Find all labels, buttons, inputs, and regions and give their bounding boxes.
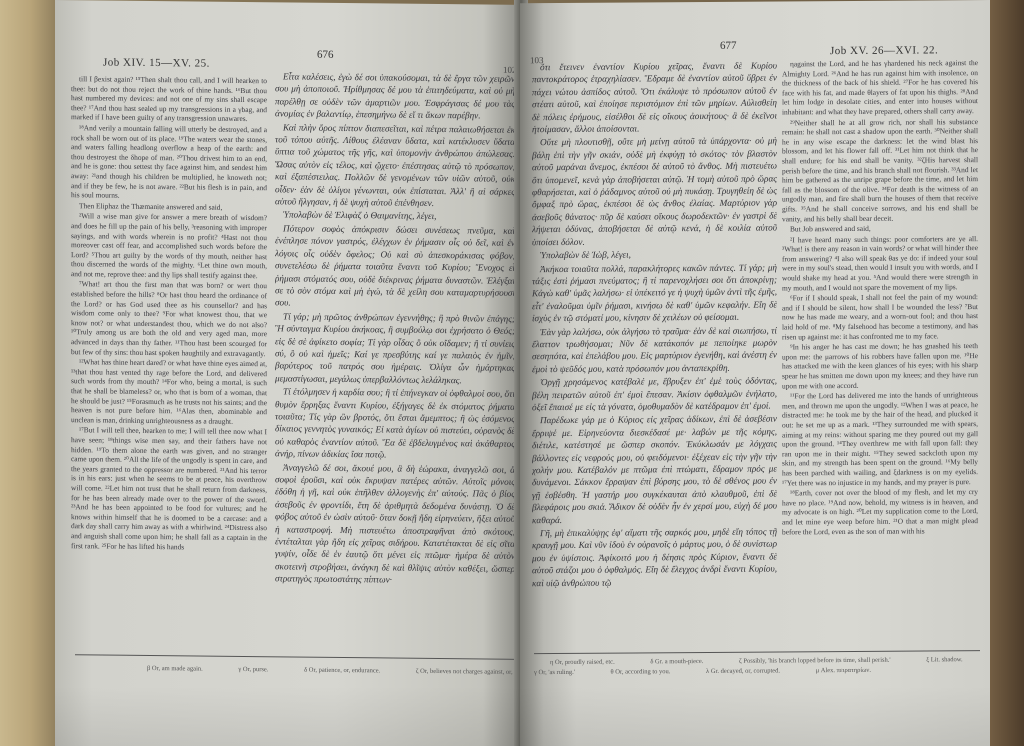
paragraph: Then Eliphaz the Thæmanite answered and … bbox=[71, 201, 267, 213]
paragraph: ¹⁸Earth, cover not over the blood of my … bbox=[782, 487, 978, 536]
paragraph: Πότερον σοφὸς ἀπόκρισιν δώσει συνέσεως π… bbox=[275, 222, 515, 311]
footnote: η Or, proudly raised, etc. bbox=[550, 659, 615, 666]
paragraph: ¹⁸And verily a mountain falling will utt… bbox=[71, 123, 267, 202]
footnote: γ Or, purse. bbox=[238, 666, 268, 673]
paragraph: Ἀναγγελῶ δέ σοι, ἄκουέ μου, ἃ δὴ ἑώρακα,… bbox=[275, 461, 515, 588]
paragraph: ηagainst the Lord, and he has γhardened … bbox=[782, 58, 978, 117]
paragraph: ⁹In his anger he has cast me down; he ha… bbox=[782, 341, 978, 390]
right-greek-column: ὅτι ἔτεινεν ἐναντίον Κυρίου χεῖρας, ἔναν… bbox=[532, 59, 777, 647]
paragraph: Ἐὰν γὰρ λαλήσω, οὐκ ἀλγήσω τὸ τραῦμα· ἐὰ… bbox=[532, 324, 777, 375]
paragraph: ⁶For if I should speak, I shall not feel… bbox=[782, 292, 978, 341]
paragraph: Εἶτα καλέσεις, ἐγὼ δέ σοι ὑπακούσομαι, τ… bbox=[275, 70, 515, 122]
footnote: ξ Lit. shadow. bbox=[926, 656, 962, 663]
paragraph: Ὑπολαβὼν δὲ Ἐλιφὰζ ὁ Θαιμανίτης, λέγει, bbox=[275, 209, 515, 224]
footnote-rule bbox=[534, 650, 980, 654]
footnote: γ Or, 'as ruling.' bbox=[534, 669, 575, 676]
paragraph: Ἀκήκοα τοιαῦτα πολλά, παρακλήτορες κακῶν… bbox=[532, 261, 777, 325]
paragraph: till I βexist again? ¹⁵Then shalt thou c… bbox=[71, 74, 267, 124]
paragraph: Γῆ, μὴ ἐπικαλύψῃς ἐφ' αἵματι τῆς σαρκός … bbox=[532, 526, 777, 590]
paragraph: ²I have heard many such things: poor com… bbox=[782, 234, 978, 293]
footnote: λ Gr. decayed, or, corrupted. bbox=[706, 667, 780, 675]
paragraph: Τί γάρ; μὴ πρῶτος ἀνθρώπων ἐγεννήθης; ἢ … bbox=[275, 310, 515, 387]
paragraph: ¹⁷But I will tell thee, hearken to me; I… bbox=[71, 426, 267, 553]
footnote: δ Gr. a mouth-piece. bbox=[650, 658, 703, 665]
right-running-head: Job XV. 26—XVI. 22. bbox=[830, 44, 938, 57]
footnote: ζ Or, believes not charges against, or, … bbox=[416, 668, 520, 676]
footnote: θ Or, according to you. bbox=[611, 668, 671, 675]
paragraph: Οὔτε μὴ πλουτισθῇ, οὔτε μὴ μείνῃ αὐτοῦ τ… bbox=[532, 135, 777, 248]
book-cover-edge bbox=[984, 0, 1024, 746]
footnote-rule bbox=[75, 654, 515, 660]
left-page-number: 676 bbox=[317, 49, 334, 61]
left-running-head: Job XIV. 15—XV. 25. bbox=[103, 57, 210, 70]
paragraph: Ὀργῇ χρησάμενος κατέβαλέ με, ἔβρυξεν ἐπ'… bbox=[532, 375, 777, 414]
paragraph: Ὑπολαβὼν δὲ Ἰὼβ, λέγει, bbox=[532, 248, 777, 262]
paragraph: Καὶ πλὴν ὄρος πίπτον διαπεσεῖται, καὶ πέ… bbox=[275, 121, 515, 210]
footnote: ζ Possibly, 'his branch lopped before it… bbox=[739, 657, 891, 665]
paragraph: ⁷What! art thou the first man that was b… bbox=[71, 280, 267, 359]
footnote: δ Or, patience, or, endurance. bbox=[304, 667, 380, 675]
paragraph: ²Will a wise man give for answer a mere … bbox=[71, 211, 267, 280]
footnote: β Or, am made again. bbox=[147, 665, 203, 673]
paragraph: But Job answered and said, bbox=[782, 223, 978, 234]
left-greek-column: Εἶτα καλέσεις, ἐγὼ δέ σοι ὑπακούσομαι, τ… bbox=[275, 70, 515, 655]
footnote: μ Alex. πειρατηρίων. bbox=[816, 667, 871, 674]
paragraph: ²⁹Neither shall he at all grow rich, nor… bbox=[782, 117, 978, 224]
paragraph: ὅτι ἔτεινεν ἐναντίον Κυρίου χεῖρας, ἔναν… bbox=[532, 59, 777, 135]
paragraph: Παρέδωκε γάρ με ὁ Κύριος εἰς χεῖρας ἀδίκ… bbox=[532, 413, 777, 526]
right-footnotes-row-1: η Or, proudly raised, etc. δ Gr. a mouth… bbox=[550, 656, 990, 666]
paragraph: ¹²What has thine heart dared? or what ha… bbox=[71, 357, 267, 426]
paragraph: Τί ἐτόλμησεν ἡ καρδία σου; ἢ τί ἐπήνεγκα… bbox=[275, 385, 515, 462]
left-english-column: till I βexist again? ¹⁵Then shalt thou c… bbox=[71, 74, 267, 650]
right-page-number: 677 bbox=[720, 40, 737, 52]
paragraph: ¹¹For the Lord has delivered me into the… bbox=[782, 390, 978, 487]
right-english-column: ηagainst the Lord, and he has γhardened … bbox=[782, 58, 978, 647]
left-page: Job XIV. 15—XV. 25. 676 102 till I βexis… bbox=[55, 0, 520, 746]
left-footnotes: β Or, am made again. γ Or, purse. δ Or, … bbox=[147, 665, 520, 677]
right-page: 103 677 Job XV. 26—XVI. 22. ὅτι ἔτεινεν … bbox=[520, 0, 990, 746]
right-footnotes-row-2: γ Or, 'as ruling.' θ Or, according to yo… bbox=[534, 667, 905, 677]
